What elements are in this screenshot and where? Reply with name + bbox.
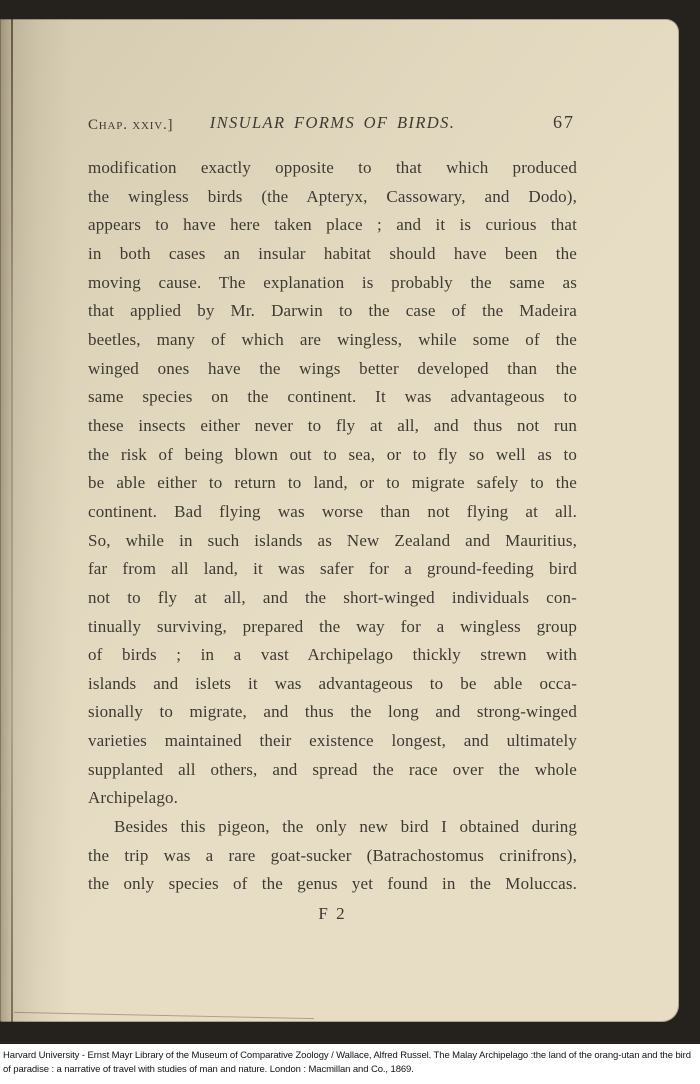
text-line: tinually surviving, prepared the way for… xyxy=(88,613,577,642)
text-line: moving cause. The explanation is probabl… xyxy=(88,269,577,298)
text-line: not to fly at all, and the short-winged … xyxy=(88,584,577,613)
attribution-bar: Harvard University - Ernst Mayr Library … xyxy=(0,1044,700,1084)
text-line: of birds ; in a vast Archipelago thickly… xyxy=(88,641,577,670)
text-line: the wingless birds (the Apteryx, Cassowa… xyxy=(88,183,577,212)
text-line: same species on the continent. It was ad… xyxy=(88,383,577,412)
text-line: Besides this pigeon, the only new bird I… xyxy=(88,813,577,842)
signature-mark: F 2 xyxy=(88,904,577,924)
text-line: Archipelago. xyxy=(88,784,577,813)
text-line: beetles, many of which are wingless, whi… xyxy=(88,326,577,355)
scanned-book-viewer: INSULAR FORMS OF BIRDS. Chap. xxiv.] 67 … xyxy=(0,0,700,1084)
text-line: be able either to return to land, or to … xyxy=(88,469,577,498)
text-line: varieties maintained their existence lon… xyxy=(88,727,577,756)
text-line: winged ones have the wings better develo… xyxy=(88,355,577,384)
page-header: INSULAR FORMS OF BIRDS. Chap. xxiv.] 67 xyxy=(88,113,577,137)
text-line: the trip was a rare goat-sucker (Batrach… xyxy=(88,842,577,871)
text-line: the only species of the genus yet found … xyxy=(88,870,577,899)
text-line: in both cases an insular habitat should … xyxy=(88,240,577,269)
text-line: that applied by Mr. Darwin to the case o… xyxy=(88,297,577,326)
text-line: these insects either never to fly at all… xyxy=(88,412,577,441)
text-line: supplanted all others, and spread the ra… xyxy=(88,756,577,785)
page-number: 67 xyxy=(553,112,575,133)
page-body: modification exactly opposite to that wh… xyxy=(88,154,577,899)
attribution-text: Harvard University - Ernst Mayr Library … xyxy=(3,1049,697,1077)
page-crease-line xyxy=(11,19,13,1022)
text-line: modification exactly opposite to that wh… xyxy=(88,154,577,183)
text-line: the risk of being blown out to sea, or t… xyxy=(88,441,577,470)
text-line: appears to have here taken place ; and i… xyxy=(88,211,577,240)
book-page-scan: INSULAR FORMS OF BIRDS. Chap. xxiv.] 67 … xyxy=(0,19,679,1022)
text-line: far from all land, it was safer for a gr… xyxy=(88,555,577,584)
text-line: continent. Bad flying was worse than not… xyxy=(88,498,577,527)
chapter-label: Chap. xxiv.] xyxy=(88,117,173,134)
text-line: islands and islets it was advantageous t… xyxy=(88,670,577,699)
page-curl-shadow xyxy=(14,1012,314,1019)
text-line: So, while in such islands as New Zealand… xyxy=(88,527,577,556)
text-line: sionally to migrate, and thus the long a… xyxy=(88,698,577,727)
